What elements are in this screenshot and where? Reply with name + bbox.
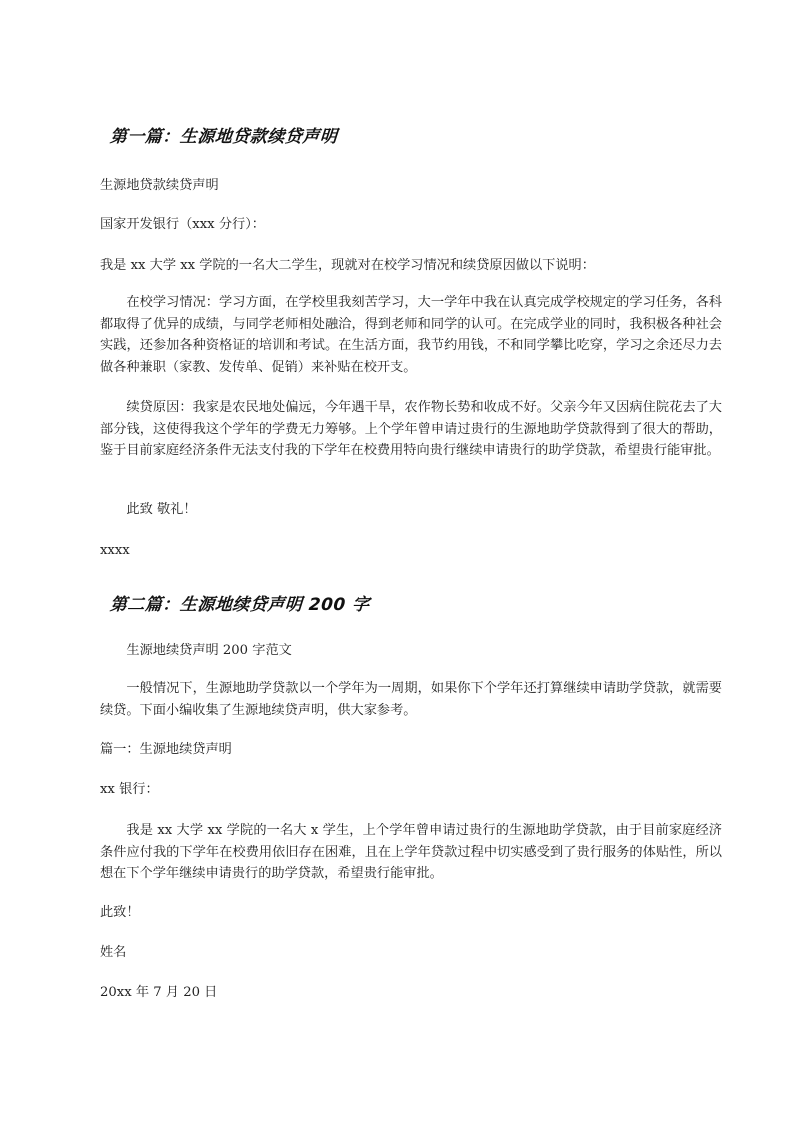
section-1-addressee: 国家开发银行（xxx 分行）： — [100, 215, 265, 235]
section-1-reason-paragraph: 续贷原因：我家是农民地处偏远，今年遇干旱，农作物长势和收成不好。父亲今年又因病住… — [100, 397, 722, 462]
section-2-subheading: 篇一：生源地续贷声明 — [100, 740, 232, 760]
section-2-closing: 此致！ — [100, 903, 140, 923]
section-1-study-paragraph: 在校学习情况：学习方面，在学校里我刻苦学习，大一学年中我在认真完成学校规定的学习… — [100, 292, 722, 379]
section-2-intro-paragraph: 一般情况下，生源地助学贷款以一个学年为一周期，如果你下个学年还打算继续申请助学贷… — [100, 678, 722, 721]
section-1-heading: 第一篇：生源地贷款续贷声明 — [109, 122, 338, 147]
section-2-body-paragraph: 我是 xx 大学 xx 学院的一名大 x 学生，上个学年曾申请过贵行的生源地助学… — [100, 820, 722, 885]
section-2-addressee: xx 银行： — [100, 780, 159, 800]
section-2-name: 姓名 — [100, 943, 126, 963]
section-1-signature: xxxx — [100, 541, 130, 561]
section-1-closing: 此致 敬礼！ — [100, 500, 197, 520]
section-1-title-line: 生源地贷款续贷声明 — [100, 176, 219, 196]
section-2-heading: 第二篇：生源地续贷声明 200 字 — [109, 590, 371, 615]
section-2-date: 20xx 年 7 月 20 日 — [100, 983, 217, 1003]
section-1-intro: 我是 xx 大学 xx 学院的一名大二学生，现就对在校学习情况和续贷原因做以下说… — [100, 256, 595, 276]
section-2-title-line: 生源地续贷声明 200 字范文 — [100, 641, 292, 661]
